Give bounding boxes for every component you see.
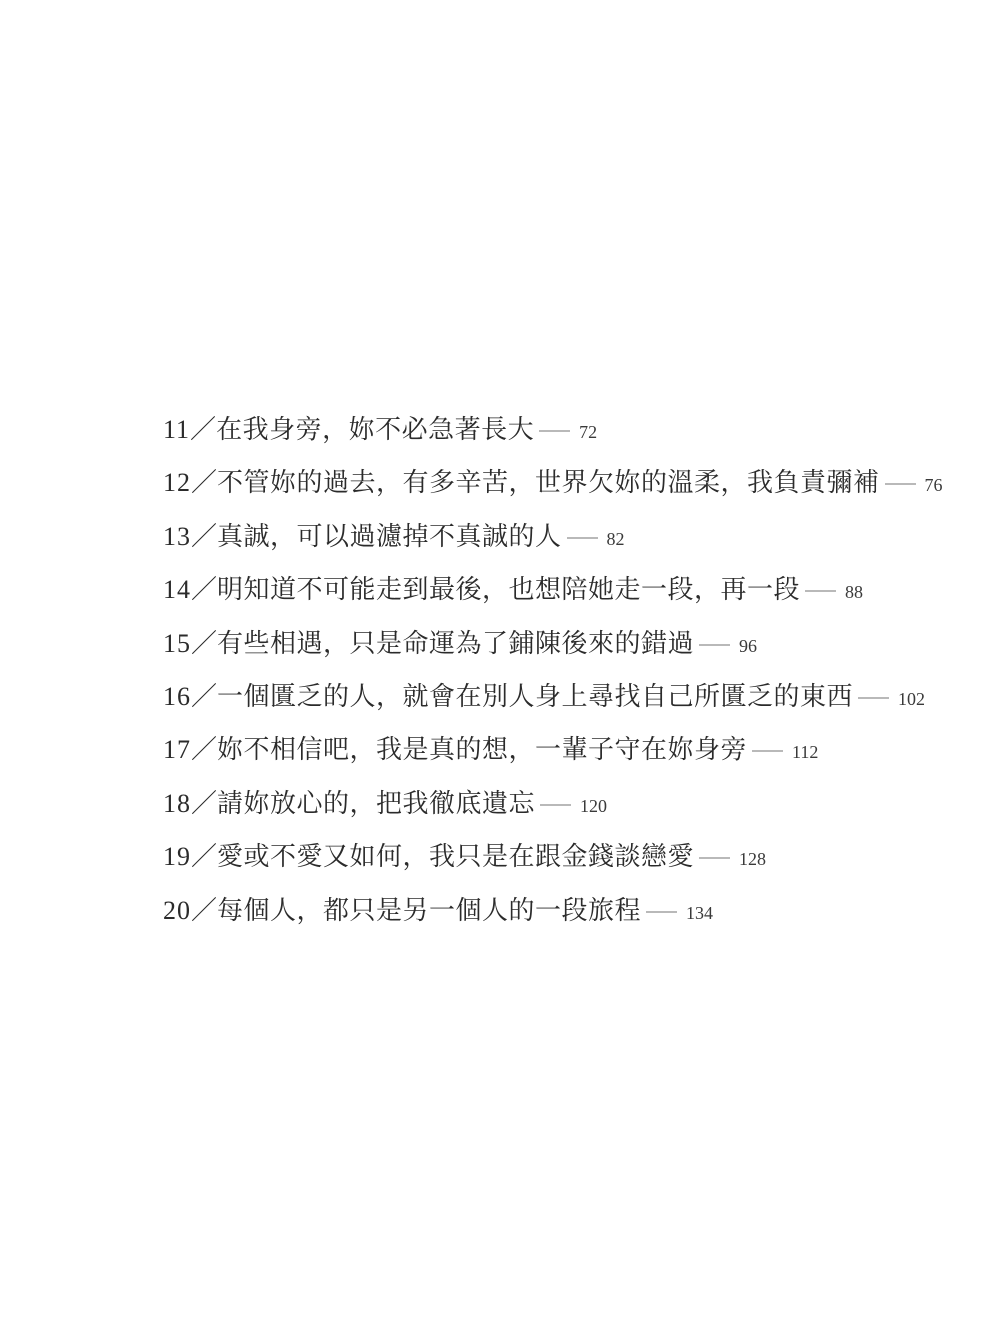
chapter-separator-slash: ／ — [191, 842, 217, 871]
chapter-number: 19 — [163, 842, 191, 871]
chapter-number: 17 — [163, 735, 191, 764]
chapter-separator-slash: ／ — [190, 415, 216, 444]
chapter-title: 一個匱乏的人，就會在別人身上尋找自己所匱乏的東西 — [217, 682, 853, 711]
dash-leader — [646, 911, 677, 913]
chapter-separator-slash: ／ — [191, 522, 217, 551]
chapter-title: 不管妳的過去，有多辛苦，世界欠妳的溫柔，我負責彌補 — [217, 468, 880, 497]
chapter-separator-slash: ／ — [191, 468, 217, 497]
toc-entry: 17／妳不相信吧，我是真的想，一輩子守在妳身旁112 — [163, 723, 943, 776]
chapter-title: 請妳放心的，把我徹底遺忘 — [217, 789, 535, 818]
chapter-number: 20 — [163, 896, 191, 925]
chapter-number: 18 — [163, 789, 191, 818]
toc-entry: 14／明知道不可能走到最後，也想陪她走一段，再一段88 — [163, 563, 943, 616]
chapter-separator-slash: ／ — [191, 575, 217, 604]
chapter-number: 14 — [163, 575, 191, 604]
dash-leader — [539, 430, 570, 432]
table-of-contents: 11／在我身旁，妳不必急著長大72 12／不管妳的過去，有多辛苦，世界欠妳的溫柔… — [163, 403, 943, 937]
dash-leader — [805, 590, 836, 592]
page-number: 96 — [739, 636, 757, 656]
page-number: 82 — [607, 529, 625, 549]
page-number: 128 — [739, 849, 766, 869]
chapter-number: 11 — [163, 415, 190, 444]
page-number: 102 — [898, 689, 925, 709]
dash-leader — [752, 750, 783, 752]
chapter-separator-slash: ／ — [191, 789, 217, 818]
dash-leader — [540, 804, 571, 806]
toc-entry: 20／每個人，都只是另一個人的一段旅程134 — [163, 884, 943, 937]
dash-leader — [567, 537, 598, 539]
dash-leader — [699, 857, 730, 859]
chapter-separator-slash: ／ — [191, 629, 217, 658]
chapter-number: 16 — [163, 682, 191, 711]
chapter-title: 真誠，可以過濾掉不真誠的人 — [217, 522, 562, 551]
toc-entry: 13／真誠，可以過濾掉不真誠的人82 — [163, 510, 943, 563]
toc-entry: 16／一個匱乏的人，就會在別人身上尋找自己所匱乏的東西102 — [163, 670, 943, 723]
chapter-number: 13 — [163, 522, 191, 551]
chapter-title: 有些相遇，只是命運為了鋪陳後來的錯過 — [217, 629, 694, 658]
dash-leader — [885, 483, 916, 485]
toc-entry: 15／有些相遇，只是命運為了鋪陳後來的錯過96 — [163, 617, 943, 670]
chapter-separator-slash: ／ — [191, 682, 217, 711]
toc-entry: 11／在我身旁，妳不必急著長大72 — [163, 403, 943, 456]
dash-leader — [699, 644, 730, 646]
chapter-number: 12 — [163, 468, 191, 497]
page-number: 72 — [579, 422, 597, 442]
page-number: 88 — [845, 582, 863, 602]
page-number: 112 — [792, 742, 818, 762]
chapter-title: 愛或不愛又如何，我只是在跟金錢談戀愛 — [217, 842, 694, 871]
dash-leader — [858, 697, 889, 699]
toc-entry: 19／愛或不愛又如何，我只是在跟金錢談戀愛128 — [163, 830, 943, 883]
chapter-separator-slash: ／ — [191, 896, 217, 925]
chapter-title: 在我身旁，妳不必急著長大 — [216, 415, 534, 444]
chapter-title: 妳不相信吧，我是真的想，一輩子守在妳身旁 — [217, 735, 747, 764]
toc-entry: 12／不管妳的過去，有多辛苦，世界欠妳的溫柔，我負責彌補76 — [163, 456, 943, 509]
chapter-separator-slash: ／ — [191, 735, 217, 764]
page-number: 76 — [925, 475, 943, 495]
page-number: 134 — [686, 903, 713, 923]
page-number: 120 — [580, 796, 607, 816]
chapter-number: 15 — [163, 629, 191, 658]
chapter-title: 明知道不可能走到最後，也想陪她走一段，再一段 — [217, 575, 800, 604]
toc-entry: 18／請妳放心的，把我徹底遺忘120 — [163, 777, 943, 830]
chapter-title: 每個人，都只是另一個人的一段旅程 — [217, 896, 641, 925]
